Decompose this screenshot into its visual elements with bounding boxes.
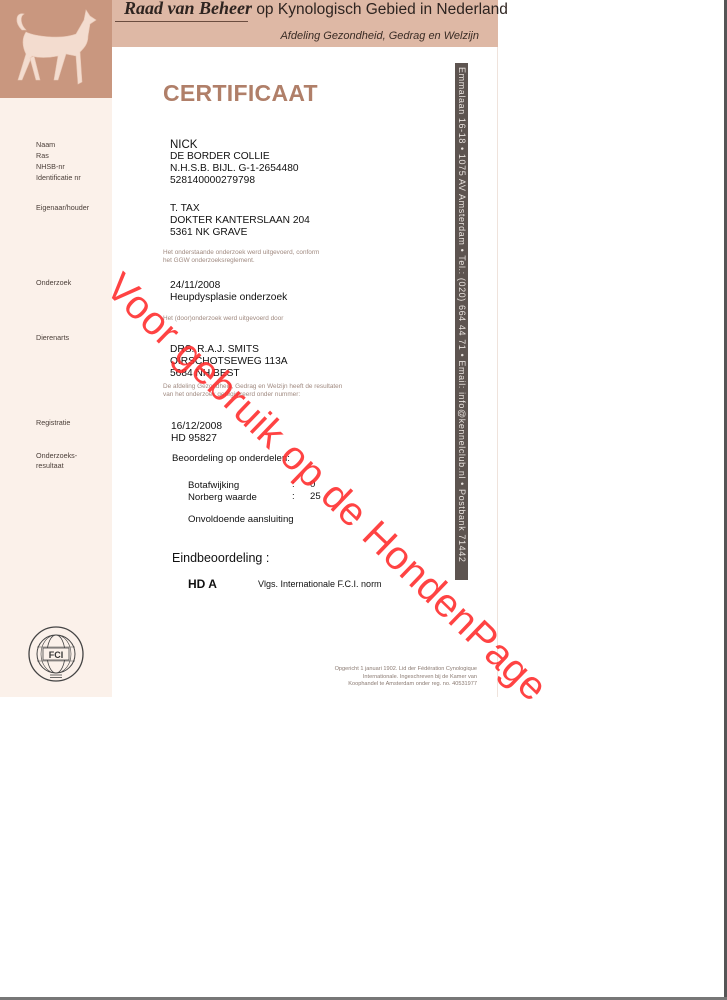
label-registratie: Registratie — [36, 418, 70, 428]
fci-globe-icon: FCI — [27, 625, 85, 683]
result-item-sep: : — [292, 491, 295, 502]
address-text: Emmalaan 16-18 • 1075 AV Amsterdam • Tel… — [455, 63, 468, 580]
dog-silhouette-icon — [0, 0, 112, 98]
note-conform-2: het GGW onderzoeksreglement. — [163, 257, 255, 265]
registration-date: 16/12/2008 — [171, 421, 222, 433]
dog-id-number: 528140000279798 — [170, 175, 255, 187]
label-onderzoek: Onderzoek — [36, 278, 71, 288]
exam-date: 24/11/2008 — [170, 280, 220, 292]
final-grade: HD A — [188, 577, 217, 591]
final-heading: Eindbeoordeling : — [172, 551, 269, 565]
page-title: CERTIFICAAT — [163, 80, 318, 107]
footer-line-1: Opgericht 1 januari 1902. Lid der Fédéra… — [335, 666, 477, 674]
department-name: Afdeling Gezondheid, Gedrag en Welzijn — [280, 30, 479, 42]
dog-nhsb-number: N.H.S.B. BIJL. G-1-2654480 — [170, 163, 299, 175]
footer-line-2: Internationale. Ingeschreven bij de Kame… — [335, 674, 477, 682]
label-resultaat-1: Onderzoeks- — [36, 451, 77, 461]
watermark: Voor gebruik op de HondenPage — [97, 265, 556, 711]
exam-type: Heupdysplasie onderzoek — [170, 292, 287, 304]
note-conform-1: Het onderstaande onderzoek werd uitgevoe… — [163, 249, 319, 257]
footer-line-3: Koophandel te Amsterdam onder reg. no. 4… — [335, 681, 477, 689]
footer-note: Opgericht 1 januari 1902. Lid der Fédéra… — [335, 666, 477, 689]
label-eigenaar: Eigenaar/houder — [36, 203, 89, 213]
logo-block — [0, 0, 112, 98]
label-naam: Naam — [36, 140, 55, 150]
label-resultaat-2: resultaat — [36, 461, 64, 471]
owner-name: T. TAX — [170, 203, 200, 215]
label-ras: Ras — [36, 151, 49, 161]
final-norm: Vlgs. Internationale F.C.I. norm — [258, 579, 382, 589]
dog-name: NICK — [170, 139, 197, 151]
result-item-label: Botafwijking — [188, 480, 239, 491]
registration-number: HD 95827 — [171, 433, 217, 445]
result-item-label: Norberg waarde — [188, 492, 257, 503]
svg-text:FCI: FCI — [49, 650, 64, 660]
organization-name-rest: op Kynologisch Gebied in Nederland — [256, 1, 508, 18]
owner-city: 5361 NK GRAVE — [170, 227, 247, 239]
result-remark: Onvoldoende aansluiting — [188, 514, 294, 525]
sidebar-background — [0, 0, 112, 697]
organization-name-emphasis: Raad van Beheer — [124, 0, 252, 18]
header-divider — [115, 21, 248, 22]
organization-name: Raad van Beheer op Kynologisch Gebied in… — [124, 0, 508, 19]
dog-breed: DE BORDER COLLIE — [170, 151, 270, 163]
owner-street: DOKTER KANTERSLAAN 204 — [170, 215, 310, 227]
margin-line — [497, 47, 498, 697]
label-dierenarts: Dierenarts — [36, 333, 69, 343]
fci-logo: FCI — [27, 625, 85, 683]
label-identificatie: Identificatie nr — [36, 173, 81, 183]
label-nhsb: NHSB-nr — [36, 162, 65, 172]
